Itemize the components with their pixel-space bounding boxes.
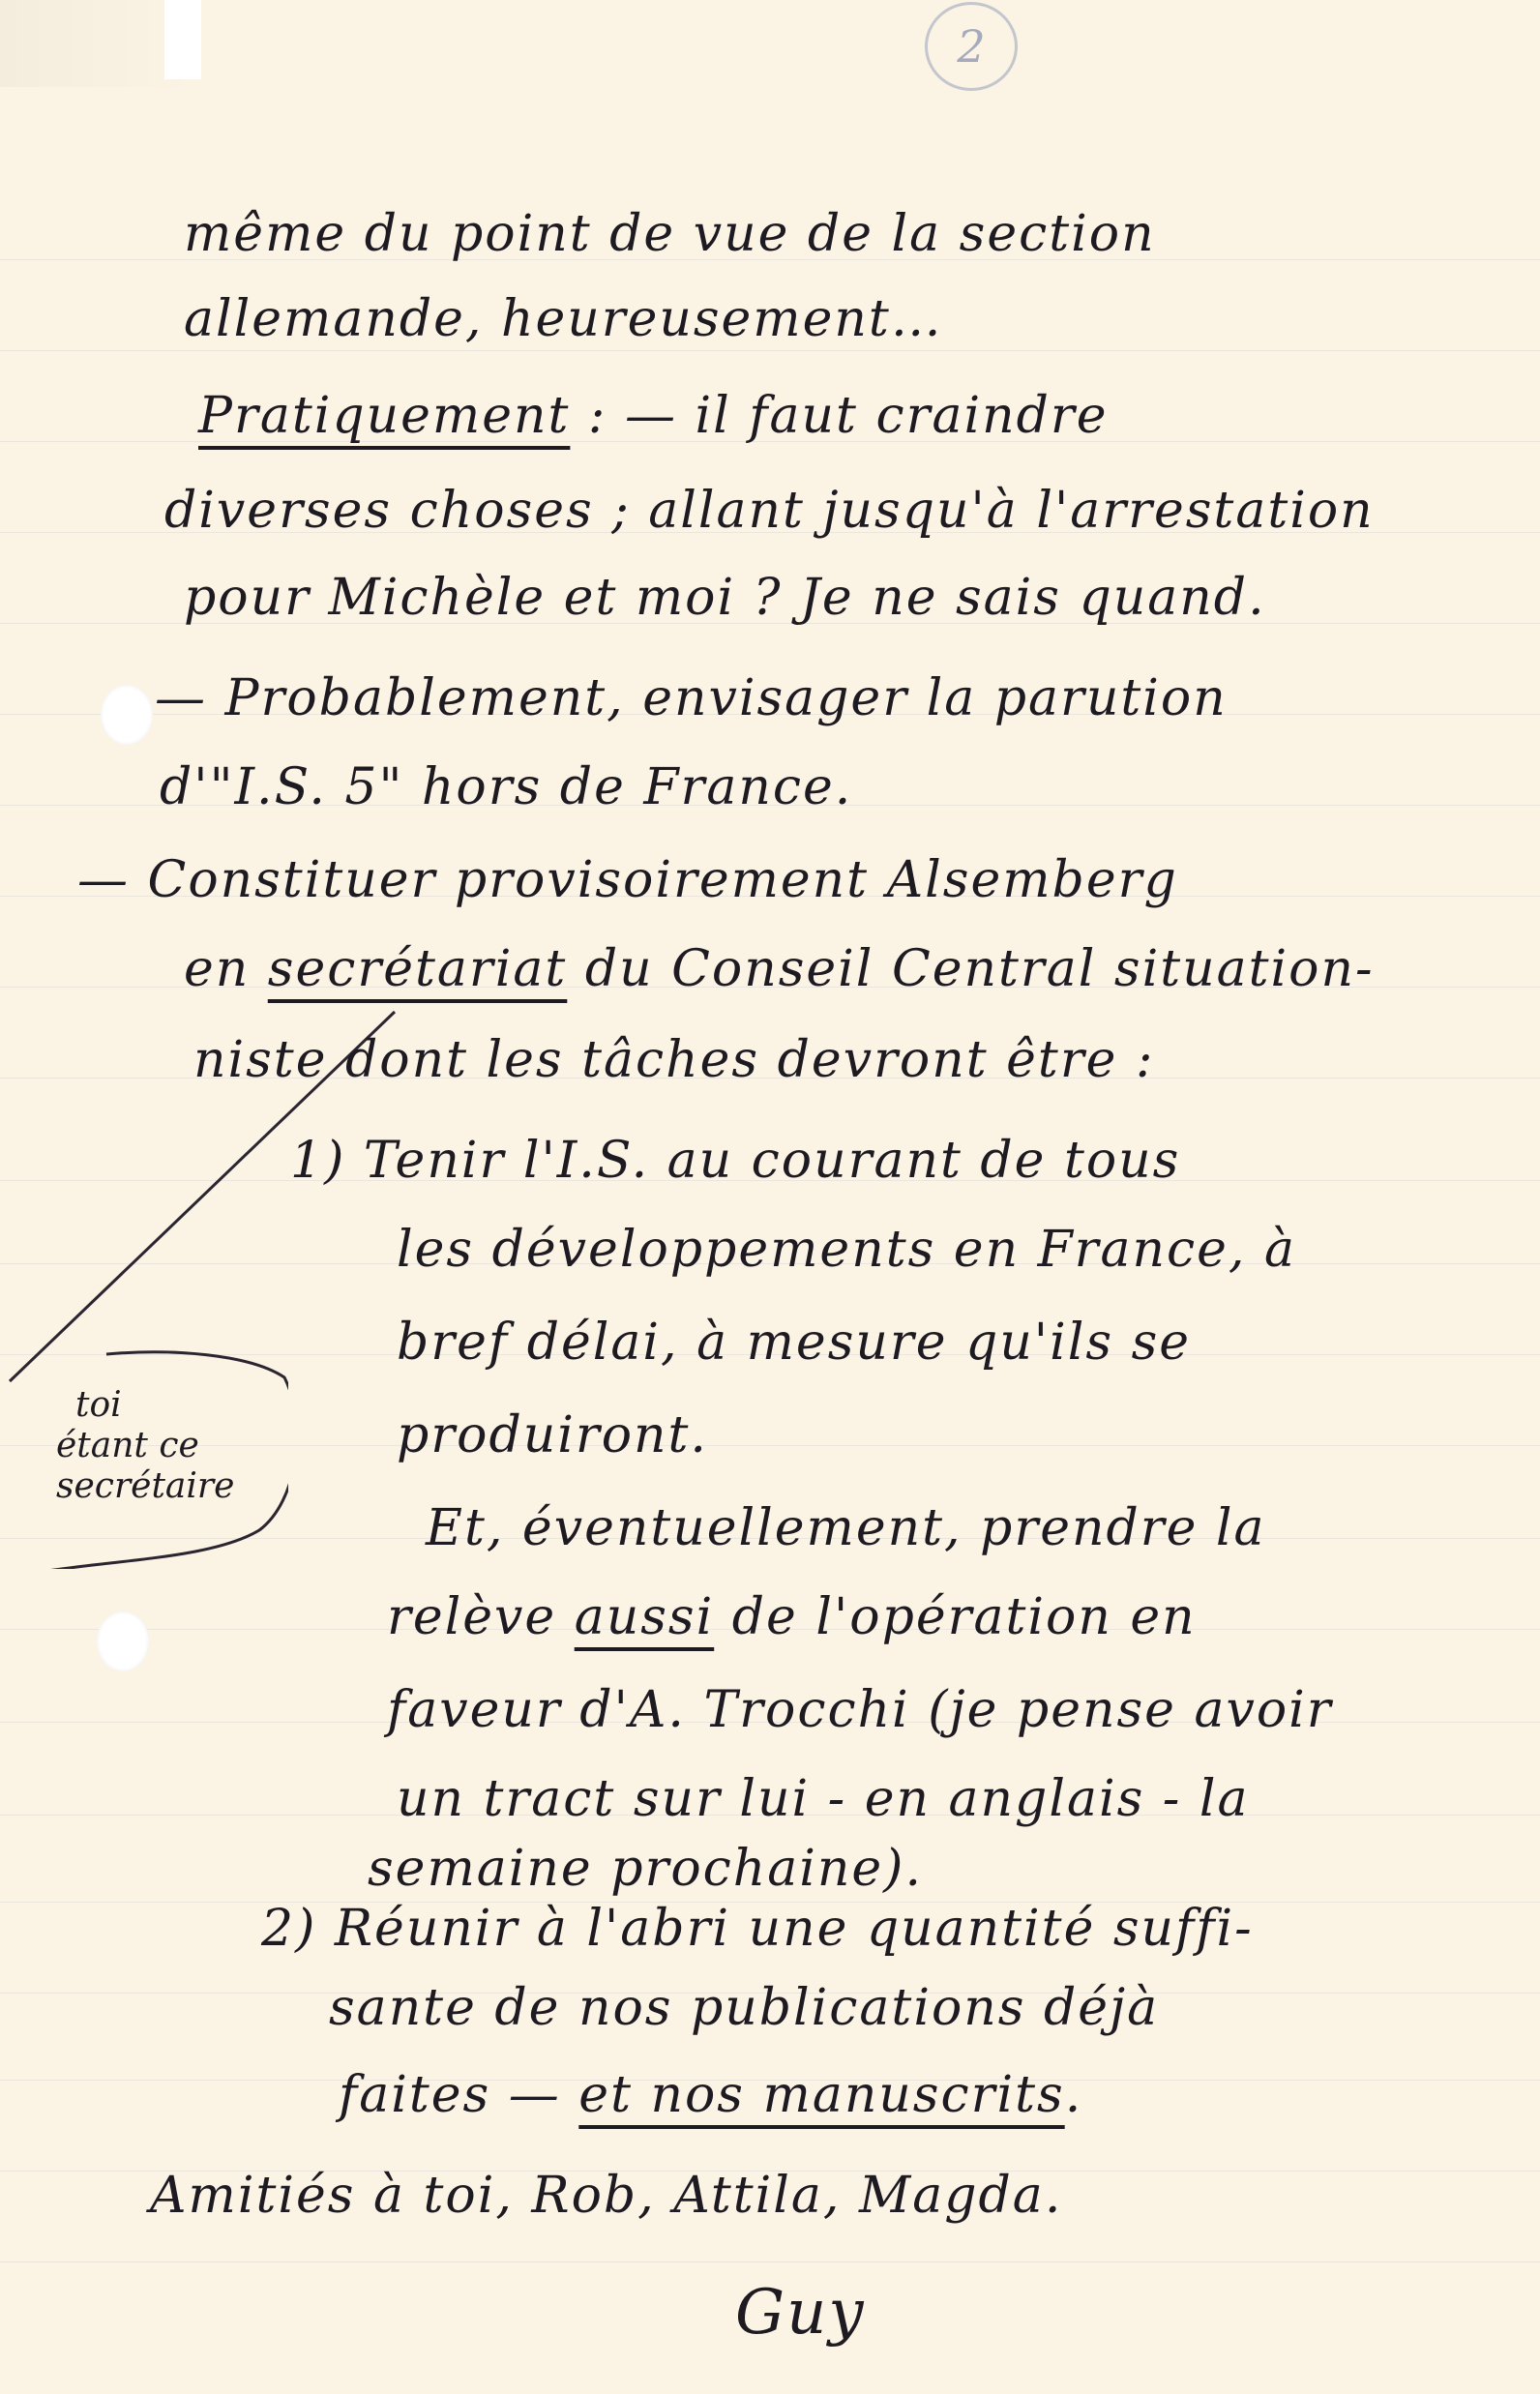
letter-line: semaine prochaine).	[368, 1840, 923, 1898]
letter-line: sante de nos publications déjà	[329, 1979, 1159, 2037]
letter-line: faites — et nos manuscrits.	[339, 2066, 1082, 2124]
letter-line: les développements en France, à	[397, 1221, 1296, 1279]
letter-line: — Probablement, envisager la parution	[155, 669, 1228, 727]
margin-note-line: étant ce	[56, 1426, 269, 1466]
letter-line: même du point de vue de la section	[184, 205, 1156, 263]
margin-note-text: toi étant ce secrétaire	[56, 1385, 269, 1507]
letter-line: un tract sur lui - en anglais - la	[397, 1770, 1250, 1828]
letter-line: pour Michèle et moi ? Je ne sais quand.	[184, 569, 1266, 627]
letter-line-start: en	[184, 940, 268, 998]
letter-line: 2) Réunir à l'abri une quantité suffi-	[261, 1900, 1254, 1958]
letter-line: en secrétariat du Conseil Central situat…	[184, 940, 1375, 998]
letter-line: Pratiquement : — il faut craindre	[198, 387, 1109, 445]
letter-line: allemande, heureusement…	[184, 290, 943, 348]
letter-line-start: relève	[387, 1588, 575, 1646]
letter-line: diverses choses ; allant jusqu'à l'arres…	[164, 482, 1375, 540]
letter-line: 1) Tenir l'I.S. au courant de tous	[290, 1132, 1180, 1190]
underlined-phrase: et nos manuscrits	[578, 2066, 1064, 2124]
letter-line-rest: de l'opération en	[714, 1588, 1196, 1646]
margin-note: toi étant ce secrétaire	[17, 1346, 288, 1569]
letter-line: produiront.	[397, 1406, 708, 1464]
letter-line: d'"I.S. 5" hors de France.	[160, 758, 852, 816]
margin-note-line: secrétaire	[56, 1466, 269, 1507]
letter-line: Et, éventuellement, prendre la	[426, 1499, 1266, 1557]
margin-note-line: toi	[56, 1385, 269, 1426]
letter-line: — Constituer provisoirement Alsemberg	[77, 851, 1178, 909]
letter-line-rest: .	[1065, 2066, 1083, 2124]
letter-line-rest: du Conseil Central situation-	[567, 940, 1374, 998]
letter-line: bref délai, à mesure qu'ils se	[397, 1314, 1191, 1372]
underlined-word: secrétariat	[268, 940, 568, 998]
underlined-word: aussi	[575, 1588, 715, 1646]
letter-line-start: faites —	[339, 2066, 578, 2124]
letter-line: niste dont les tâches devront être :	[193, 1031, 1155, 1089]
signature: Guy	[735, 2277, 866, 2349]
underlined-word: Pratiquement	[198, 387, 570, 445]
letter-line: relève aussi de l'opération en	[387, 1588, 1197, 1646]
closing-line: Amitiés à toi, Rob, Attila, Magda.	[150, 2167, 1062, 2225]
letter-line-rest: : — il faut craindre	[570, 387, 1108, 445]
letter-line: faveur d'A. Trocchi (je pense avoir	[387, 1681, 1333, 1739]
